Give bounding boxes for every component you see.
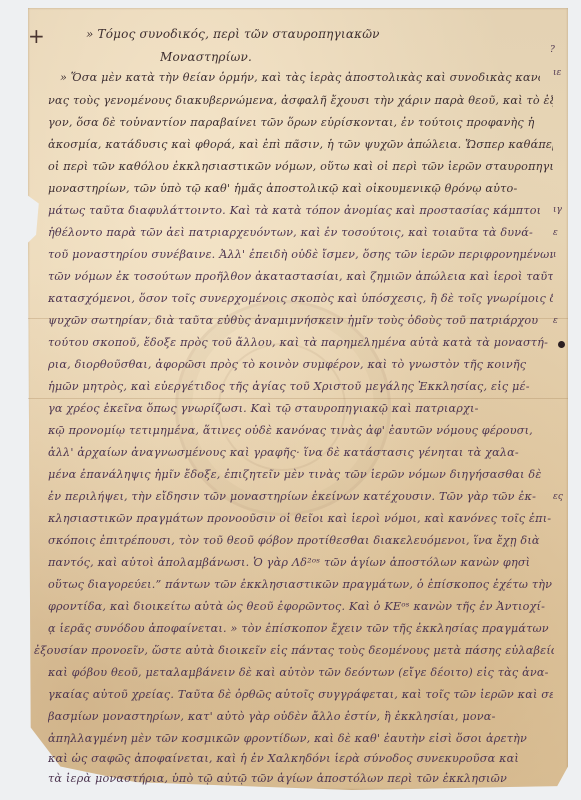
text-line: τούτου σκοποῦ, ἔδοξε πρὸς τοῦ ἄλλου, καὶ… [48, 336, 553, 350]
text-line: κῷ προνομίῳ τετιμημένα, ἅτινες οὐδὲ κανό… [48, 424, 553, 438]
margin-note: ? [550, 45, 555, 55]
text-line: οἱ περὶ τῶν καθόλου ἐκκλησιαστικῶν νόμων… [48, 160, 553, 174]
text-line: γκαίας αὐτοῦ χρείας. Ταῦτα δὲ ὀρθῶς αὐτο… [48, 688, 553, 702]
text-line: ἀκοσμία, κατάδυσις καὶ φθορά, καὶ ἐπὶ πᾶ… [48, 138, 553, 152]
text-line: ἡμῶν μητρὸς, καὶ εὐεργέτιδος τῆς ἁγίας τ… [48, 380, 553, 394]
text-line: ἐν περιλήψει, τὴν εἴδησιν τῶν μοναστηρίω… [48, 490, 553, 504]
text-line: καὶ ὡς σαφῶς ἀποφαίνεται, καὶ ἡ ἐν Χαλκη… [48, 752, 553, 766]
margin-note: ιγ [553, 205, 562, 215]
text-line: ἠθέλοντο παρὰ τῶν ἀεὶ πατριαρχευόντων, κ… [48, 226, 553, 240]
margin-note: ες [553, 492, 563, 502]
text-line: κατασχόμενοι, ὅσον τοῖς συνερχομένοις σκ… [48, 292, 553, 306]
text-line: βασμίων μοναστηρίων, κατ' αὐτὸ γὰρ οὐδὲν… [48, 710, 553, 724]
text-line: τῶν νόμων ἐκ τοσούτων προῆλθον ἀκαταστασ… [48, 270, 553, 284]
margin-note: ε [553, 316, 558, 326]
text-line: παντός, καὶ αὐτοὶ ἀπολαμβάνωσι. Ὁ γὰρ Λδ… [48, 556, 553, 570]
text-line: ρια, διορθοῦσθαι, ἀφορῶσι πρὸς τὸ κοινὸν… [48, 358, 553, 372]
text-line: ἐξουσίαν προνοεῖν, ὥστε αὐτὰ διοικεῖν εἰ… [34, 644, 554, 658]
margin-note: ι [553, 250, 557, 260]
ink-blot [558, 341, 565, 348]
text-line: » Ὅσα μὲν κατὰ τὴν θείαν ὁρμήν, καὶ τὰς … [60, 71, 540, 85]
text-line: γον, ὅσα δὲ τοὐναντίον παραβαίνει τῶν ὅρ… [48, 116, 553, 130]
text-line: σκόποις ἐπιτρέπουσι, τὸν τοῦ θεοῦ φόβον … [48, 534, 553, 548]
text-line: ἀπηλλαγμένη μὲν τῶν κοσμικῶν φροντίδων, … [48, 732, 553, 746]
text-line: ψυχῶν σωτηρίαν, διὰ ταῦτα εὐθὺς ἀναμιμνή… [48, 314, 553, 328]
text-line: ᾳ ἱερᾶς συνόδου ἀποφαίνεται. » τὸν ἐπίσκ… [48, 622, 553, 636]
text-line: μοναστηρίων, τῶν ὑπὸ τῷ καθ' ἡμᾶς ἀποστο… [48, 182, 553, 196]
margin-note: ιε [553, 68, 561, 78]
margin-note: ε [553, 228, 558, 238]
text-line: κλησιαστικῶν πραγμάτων προνοοῦσιν οἱ θεῖ… [48, 512, 553, 526]
text-line: οὕτως διαγορεύει.” πάντων τῶν ἐκκλησιαστ… [48, 578, 553, 592]
text-line: τὰ ἱερὰ μοναστήρια, ὑπὸ τῷ αὐτῷ τῶν ἁγίω… [48, 772, 553, 786]
document-subtitle: Μοναστηρίων. [160, 50, 581, 64]
text-line: γα χρέος ἐκεῖνα ὅπως γνωρίζωσι. Καὶ τῷ σ… [48, 402, 553, 416]
document-title: » Τόμος συνοδικός, περὶ τῶν σταυροπηγιακ… [86, 27, 566, 41]
text-line: καὶ φόβου θεοῦ, μεταλαμβάνειν δὲ καὶ αὐτ… [48, 666, 553, 680]
text-line: ἀλλ' ἀρχαίων ἀναγνωσμένους καὶ γραφῆς· ἵ… [48, 446, 553, 460]
text-line: νας τοὺς γενομένους διακυβερνώμενα, ἀσφα… [48, 94, 553, 108]
text-line: μένα ἐπανάληψις ἡμῖν ἔδοξε, ἐπιζητεῖν μὲ… [48, 468, 553, 482]
text-line: φροντίδα, καὶ διοικείτω αὐτὰ ὡς θεοῦ ἐφο… [48, 600, 553, 614]
text-line: τοῦ μοναστηρίου συνέβαινε. Ἀλλ' ἐπειδὴ ο… [48, 248, 553, 262]
text-line: μάτως ταῦτα διαφυλάττοιντο. Καὶ τὰ κατὰ … [48, 204, 553, 218]
margin-cross-mark: + [28, 24, 45, 48]
